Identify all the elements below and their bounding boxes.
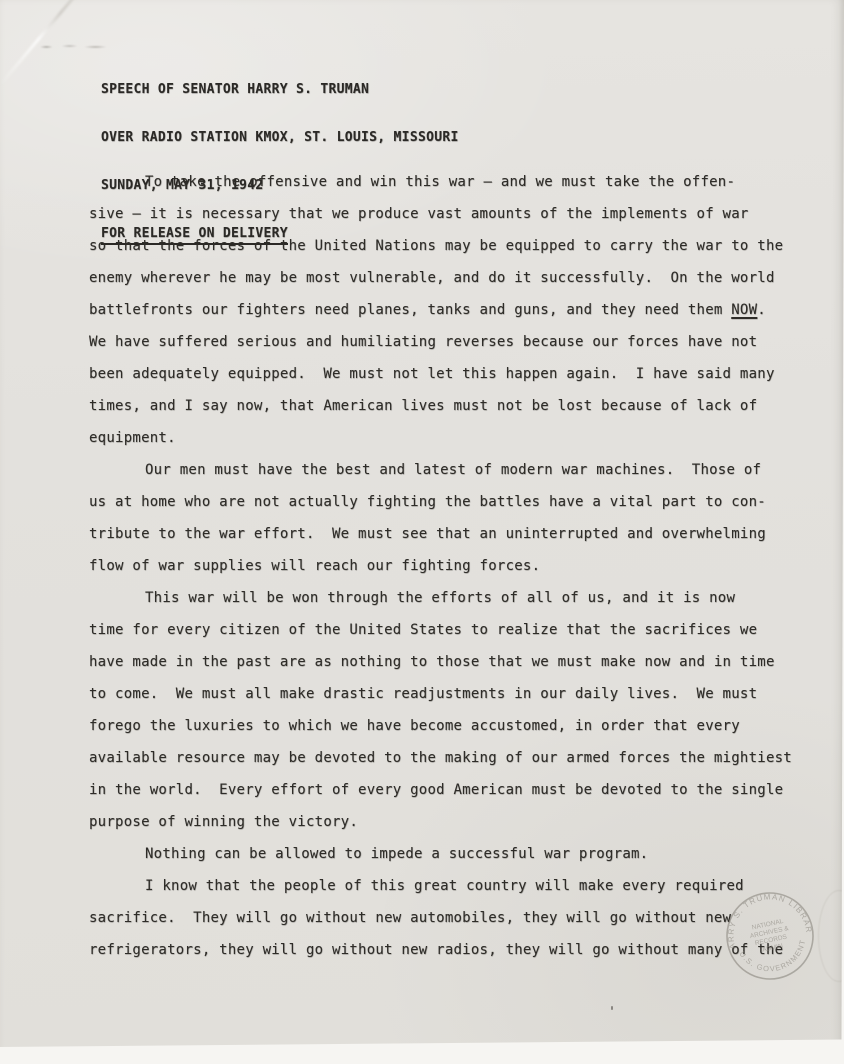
speech-line: us at home who are not actually fighting…	[89, 486, 809, 518]
speech-line: sacrifice. They will go without new auto…	[89, 902, 809, 934]
speech-line: been adequately equipped. We must not le…	[89, 358, 809, 390]
speech-line: to come. We must all make drastic readju…	[89, 678, 809, 710]
speech-line: flow of war supplies will reach our figh…	[89, 550, 809, 582]
speech-line: Our men must have the best and latest of…	[89, 454, 809, 486]
document-page: SPEECH OF SENATOR HARRY S. TRUMAN OVER R…	[0, 0, 844, 1064]
speech-line: time for every citizen of the United Sta…	[89, 614, 809, 646]
speech-line: battlefronts our fighters need planes, t…	[89, 294, 809, 326]
pencil-smudge	[38, 42, 108, 51]
archives-stamp: HARRY S. TRUMAN LIBRARY U.S. GOVERNMENT …	[705, 871, 835, 1001]
underlined-word: NOW	[731, 302, 757, 318]
speech-line: I know that the people of this great cou…	[89, 870, 809, 902]
speech-line: times, and I say now, that American live…	[89, 390, 809, 422]
speech-line: equipment.	[89, 422, 809, 454]
speech-line: tribute to the war effort. We must see t…	[89, 518, 809, 550]
speech-line: To take the offensive and win this war —…	[89, 166, 809, 198]
speech-line: forego the luxuries to which we have bec…	[89, 710, 809, 742]
ink-speck	[611, 1006, 613, 1010]
speech-line: We have suffered serious and humiliating…	[89, 326, 809, 358]
speech-line: sive — it is necessary that we produce v…	[89, 198, 809, 230]
speech-body: To take the offensive and win this war —…	[89, 166, 809, 966]
speech-line: have made in the past are as nothing to …	[89, 646, 809, 678]
speech-line: in the world. Every effort of every good…	[89, 774, 809, 806]
speech-line: This war will be won through the efforts…	[89, 582, 809, 614]
header-title: SPEECH OF SENATOR HARRY S. TRUMAN	[101, 82, 459, 98]
speech-line: available resource may be devoted to the…	[89, 742, 809, 774]
speech-line: Nothing can be allowed to impede a succe…	[89, 838, 809, 870]
scan-background-edge	[0, 1048, 844, 1064]
header-station: OVER RADIO STATION KMOX, ST. LOUIS, MISS…	[101, 130, 459, 146]
speech-line: purpose of winning the victory.	[89, 806, 809, 838]
speech-line: so that the forces of the United Nations…	[89, 230, 809, 262]
speech-line: refrigerators, they will go without new …	[89, 934, 809, 966]
speech-line: enemy wherever he may be most vulnerable…	[89, 262, 809, 294]
